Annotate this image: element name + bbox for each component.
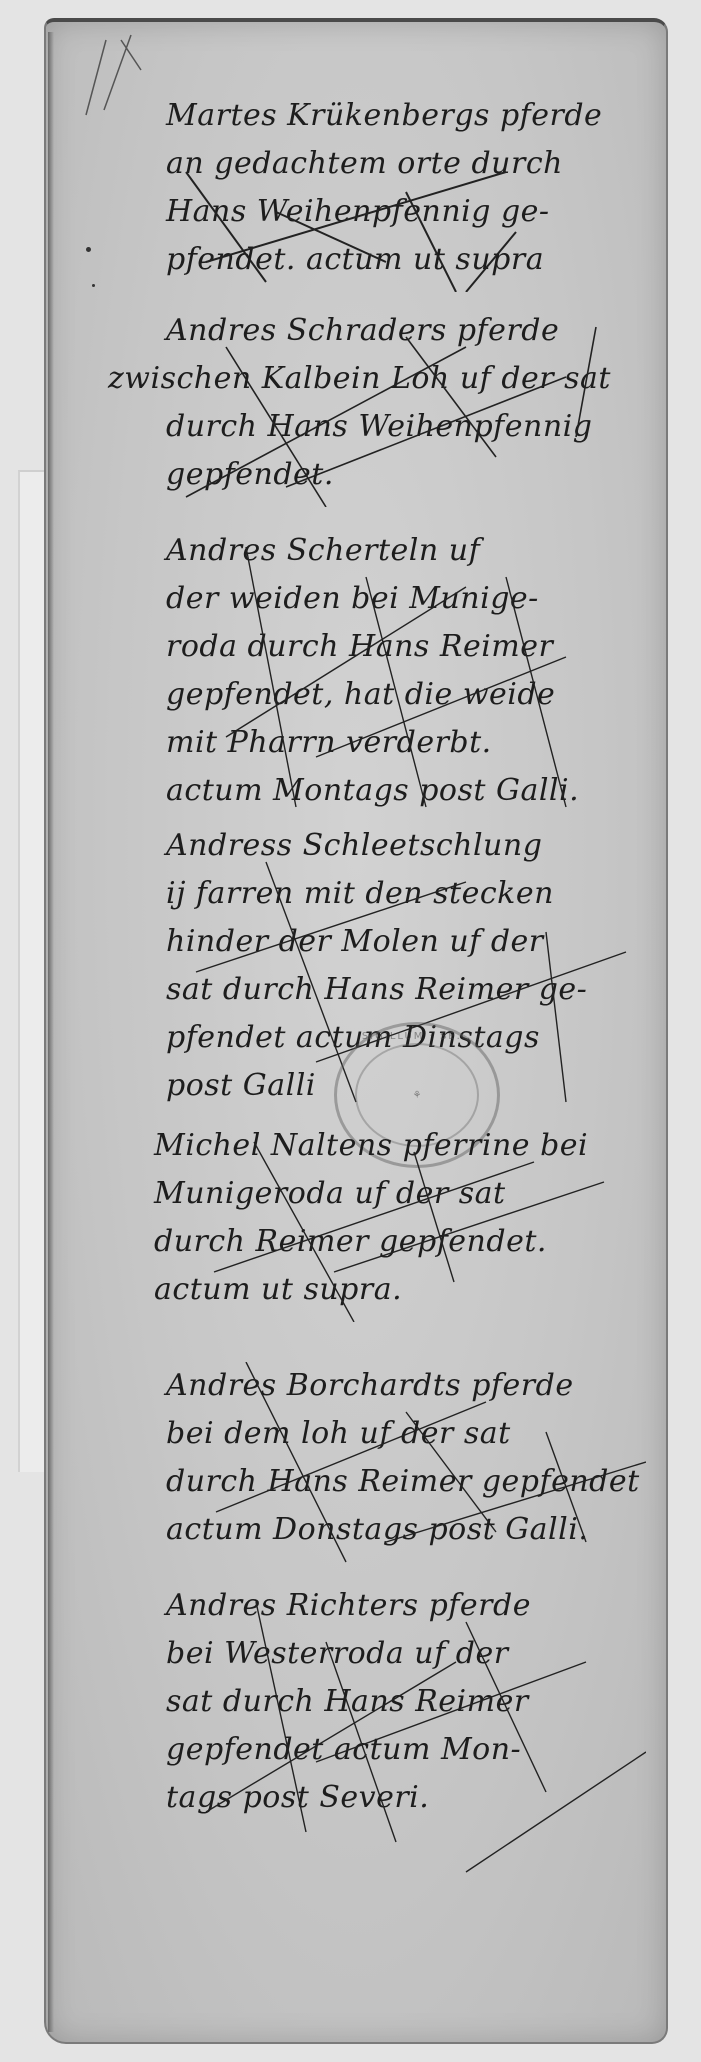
entry-1-line-3: Hans Weihenpfennig ge-: [166, 188, 646, 236]
entry-3-line-4: gepfendet, hat die weide: [166, 671, 646, 719]
entry-1-line-4: pfendet. actum ut supra: [166, 236, 646, 284]
entry-6: Andres Borchardts pferde bei dem loh uf …: [166, 1362, 646, 1554]
entry-4-line-1: Andress Schleetschlung: [166, 822, 646, 870]
entry-5-line-1: Michel Naltens pferrine bei: [154, 1122, 634, 1170]
folio-mark-icon: [76, 30, 146, 120]
entry-6-line-1: Andres Borchardts pferde: [166, 1362, 646, 1410]
entry-3: Andres Scherteln uf der weiden bei Munig…: [166, 527, 646, 815]
entry-2-line-4: gepfendet.: [166, 451, 646, 499]
entry-5: Michel Naltens pferrine bei Munigeroda u…: [154, 1122, 634, 1314]
ink-dot: [86, 247, 91, 252]
entry-3-line-5: mit Pharrn verderbt.: [166, 719, 646, 767]
entry-5-line-2: Munigeroda uf der sat: [154, 1170, 634, 1218]
entry-2-line-2: zwischen Kalbein Loh uf der sat: [108, 355, 646, 403]
entry-2-line-1: Andres Schraders pferde: [166, 307, 646, 355]
entry-7-line-5: tags post Severi.: [166, 1774, 646, 1822]
entry-5-line-4: actum ut supra.: [154, 1266, 634, 1314]
entry-4-line-2: ij farren mit den stecken: [166, 870, 646, 918]
entry-7: Andres Richters pferde bei Westerroda uf…: [166, 1582, 646, 1822]
entry-6-line-2: bei dem loh uf der sat: [166, 1410, 646, 1458]
entry-2: Andres Schraders pferde zwischen Kalbein…: [166, 307, 646, 499]
seal-ring-text: SIGILLUM · SE...: [337, 1031, 497, 1042]
entry-7-line-4: gepfendet actum Mon-: [166, 1726, 646, 1774]
entry-6-line-3: durch Hans Reimer gepfendet: [166, 1458, 646, 1506]
entry-1: Martes Krükenbergs pferde an gedachtem o…: [166, 92, 646, 284]
entry-7-line-1: Andres Richters pferde: [166, 1582, 646, 1630]
entry-6-line-4: actum Donstags post Galli.: [166, 1506, 646, 1554]
entry-3-line-3: roda durch Hans Reimer: [166, 623, 646, 671]
ink-dot: [92, 284, 95, 287]
entry-4-line-3: hinder der Molen uf der: [166, 918, 646, 966]
entry-2-line-3: durch Hans Weihenpfennig: [166, 403, 646, 451]
entry-3-line-1: Andres Scherteln uf: [166, 527, 646, 575]
entry-7-line-2: bei Westerroda uf der: [166, 1630, 646, 1678]
entry-4-line-4: sat durch Hans Reimer ge-: [166, 966, 646, 1014]
entry-1-line-1: Martes Krükenbergs pferde: [166, 92, 646, 140]
entry-7-line-3: sat durch Hans Reimer: [166, 1678, 646, 1726]
entry-3-line-6: actum Montags post Galli.: [166, 767, 646, 815]
entry-1-line-2: an gedachtem orte durch: [166, 140, 646, 188]
entry-5-line-3: durch Reimer gepfendet.: [154, 1218, 634, 1266]
entry-3-line-2: der weiden bei Munige-: [166, 575, 646, 623]
manuscript-page: Martes Krükenbergs pferde an gedachtem o…: [44, 18, 668, 2044]
